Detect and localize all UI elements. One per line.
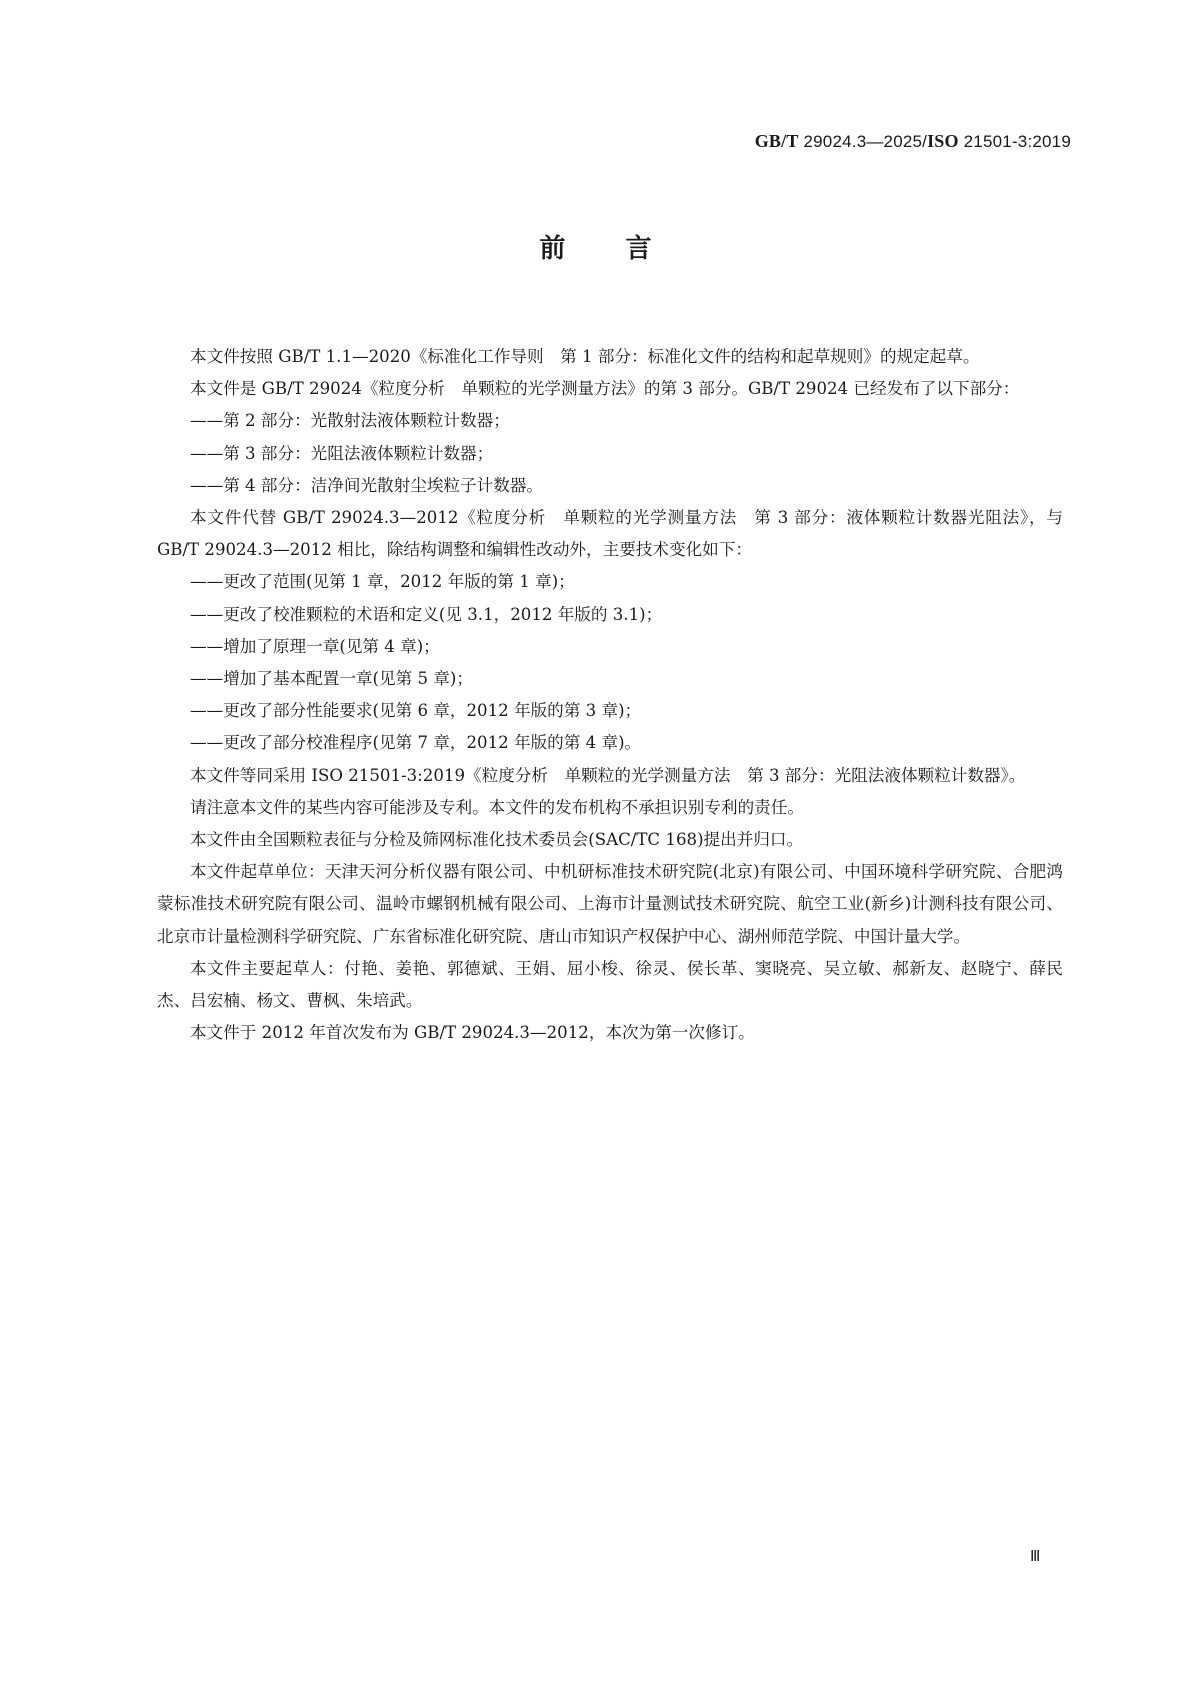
list-item-change: ——增加了基本配置一章(见第 5 章)； [157,663,1063,695]
std-prefix: GB/T [755,131,799,151]
list-item-part: ——第 2 部分：光散射法液体颗粒计数器； [157,405,1063,437]
iso-number: 21501-3:2019 [964,132,1071,151]
iso-prefix: ISO [927,131,959,151]
page-title: 前言 [0,228,1191,265]
standard-code: GB/T 29024.3—2025/ISO 21501-3:2019 [755,131,1071,152]
list-item-part: ——第 4 部分：洁净间光散射尘埃粒子计数器。 [157,470,1063,502]
page-number: Ⅲ [1030,1547,1040,1566]
list-item-part: ——第 3 部分：光阻法液体颗粒计数器； [157,438,1063,470]
paragraph-patent-notice: 请注意本文件的某些内容可能涉及专利。本文件的发布机构不承担识别专利的责任。 [157,792,1063,824]
paragraph-replaces: 本文件代替 GB/T 29024.3—2012《粒度分析 单颗粒的光学测量方法 … [157,502,1063,566]
foreword-body: 本文件按照 GB/T 1.1—2020《标准化工作导则 第 1 部分：标准化文件… [157,341,1063,1049]
list-item-change: ——增加了原理一章(见第 4 章)； [157,631,1063,663]
list-item-change: ——更改了部分校准程序(见第 7 章，2012 年版的第 4 章)。 [157,727,1063,759]
paragraph-drafters: 本文件主要起草人：付艳、姜艳、郭德斌、王娟、屈小梭、徐灵、侯长革、窦晓亮、吴立敏… [157,953,1063,1017]
list-item-change: ——更改了部分性能要求(见第 6 章，2012 年版的第 3 章)； [157,695,1063,727]
list-item-change: ——更改了范围(见第 1 章，2012 年版的第 1 章)； [157,566,1063,598]
paragraph-iso-equivalence: 本文件等同采用 ISO 21501-3:2019《粒度分析 单颗粒的光学测量方法… [157,760,1063,792]
paragraph-committee: 本文件由全国颗粒表征与分检及筛网标准化技术委员会(SAC/TC 168)提出并归… [157,824,1063,856]
paragraph-drafting-units: 本文件起草单位：天津天河分析仪器有限公司、中机研标准技术研究院(北京)有限公司、… [157,856,1063,953]
paragraph-revision-history: 本文件于 2012 年首次发布为 GB/T 29024.3—2012，本次为第一… [157,1017,1063,1049]
paragraph-drafting-rules: 本文件按照 GB/T 1.1—2020《标准化工作导则 第 1 部分：标准化文件… [157,341,1063,373]
std-number: 29024.3—2025/ [804,132,928,151]
list-item-change: ——更改了校准颗粒的术语和定义(见 3.1，2012 年版的 3.1)； [157,599,1063,631]
paragraph-series-info: 本文件是 GB/T 29024《粒度分析 单颗粒的光学测量方法》的第 3 部分。… [157,373,1063,405]
